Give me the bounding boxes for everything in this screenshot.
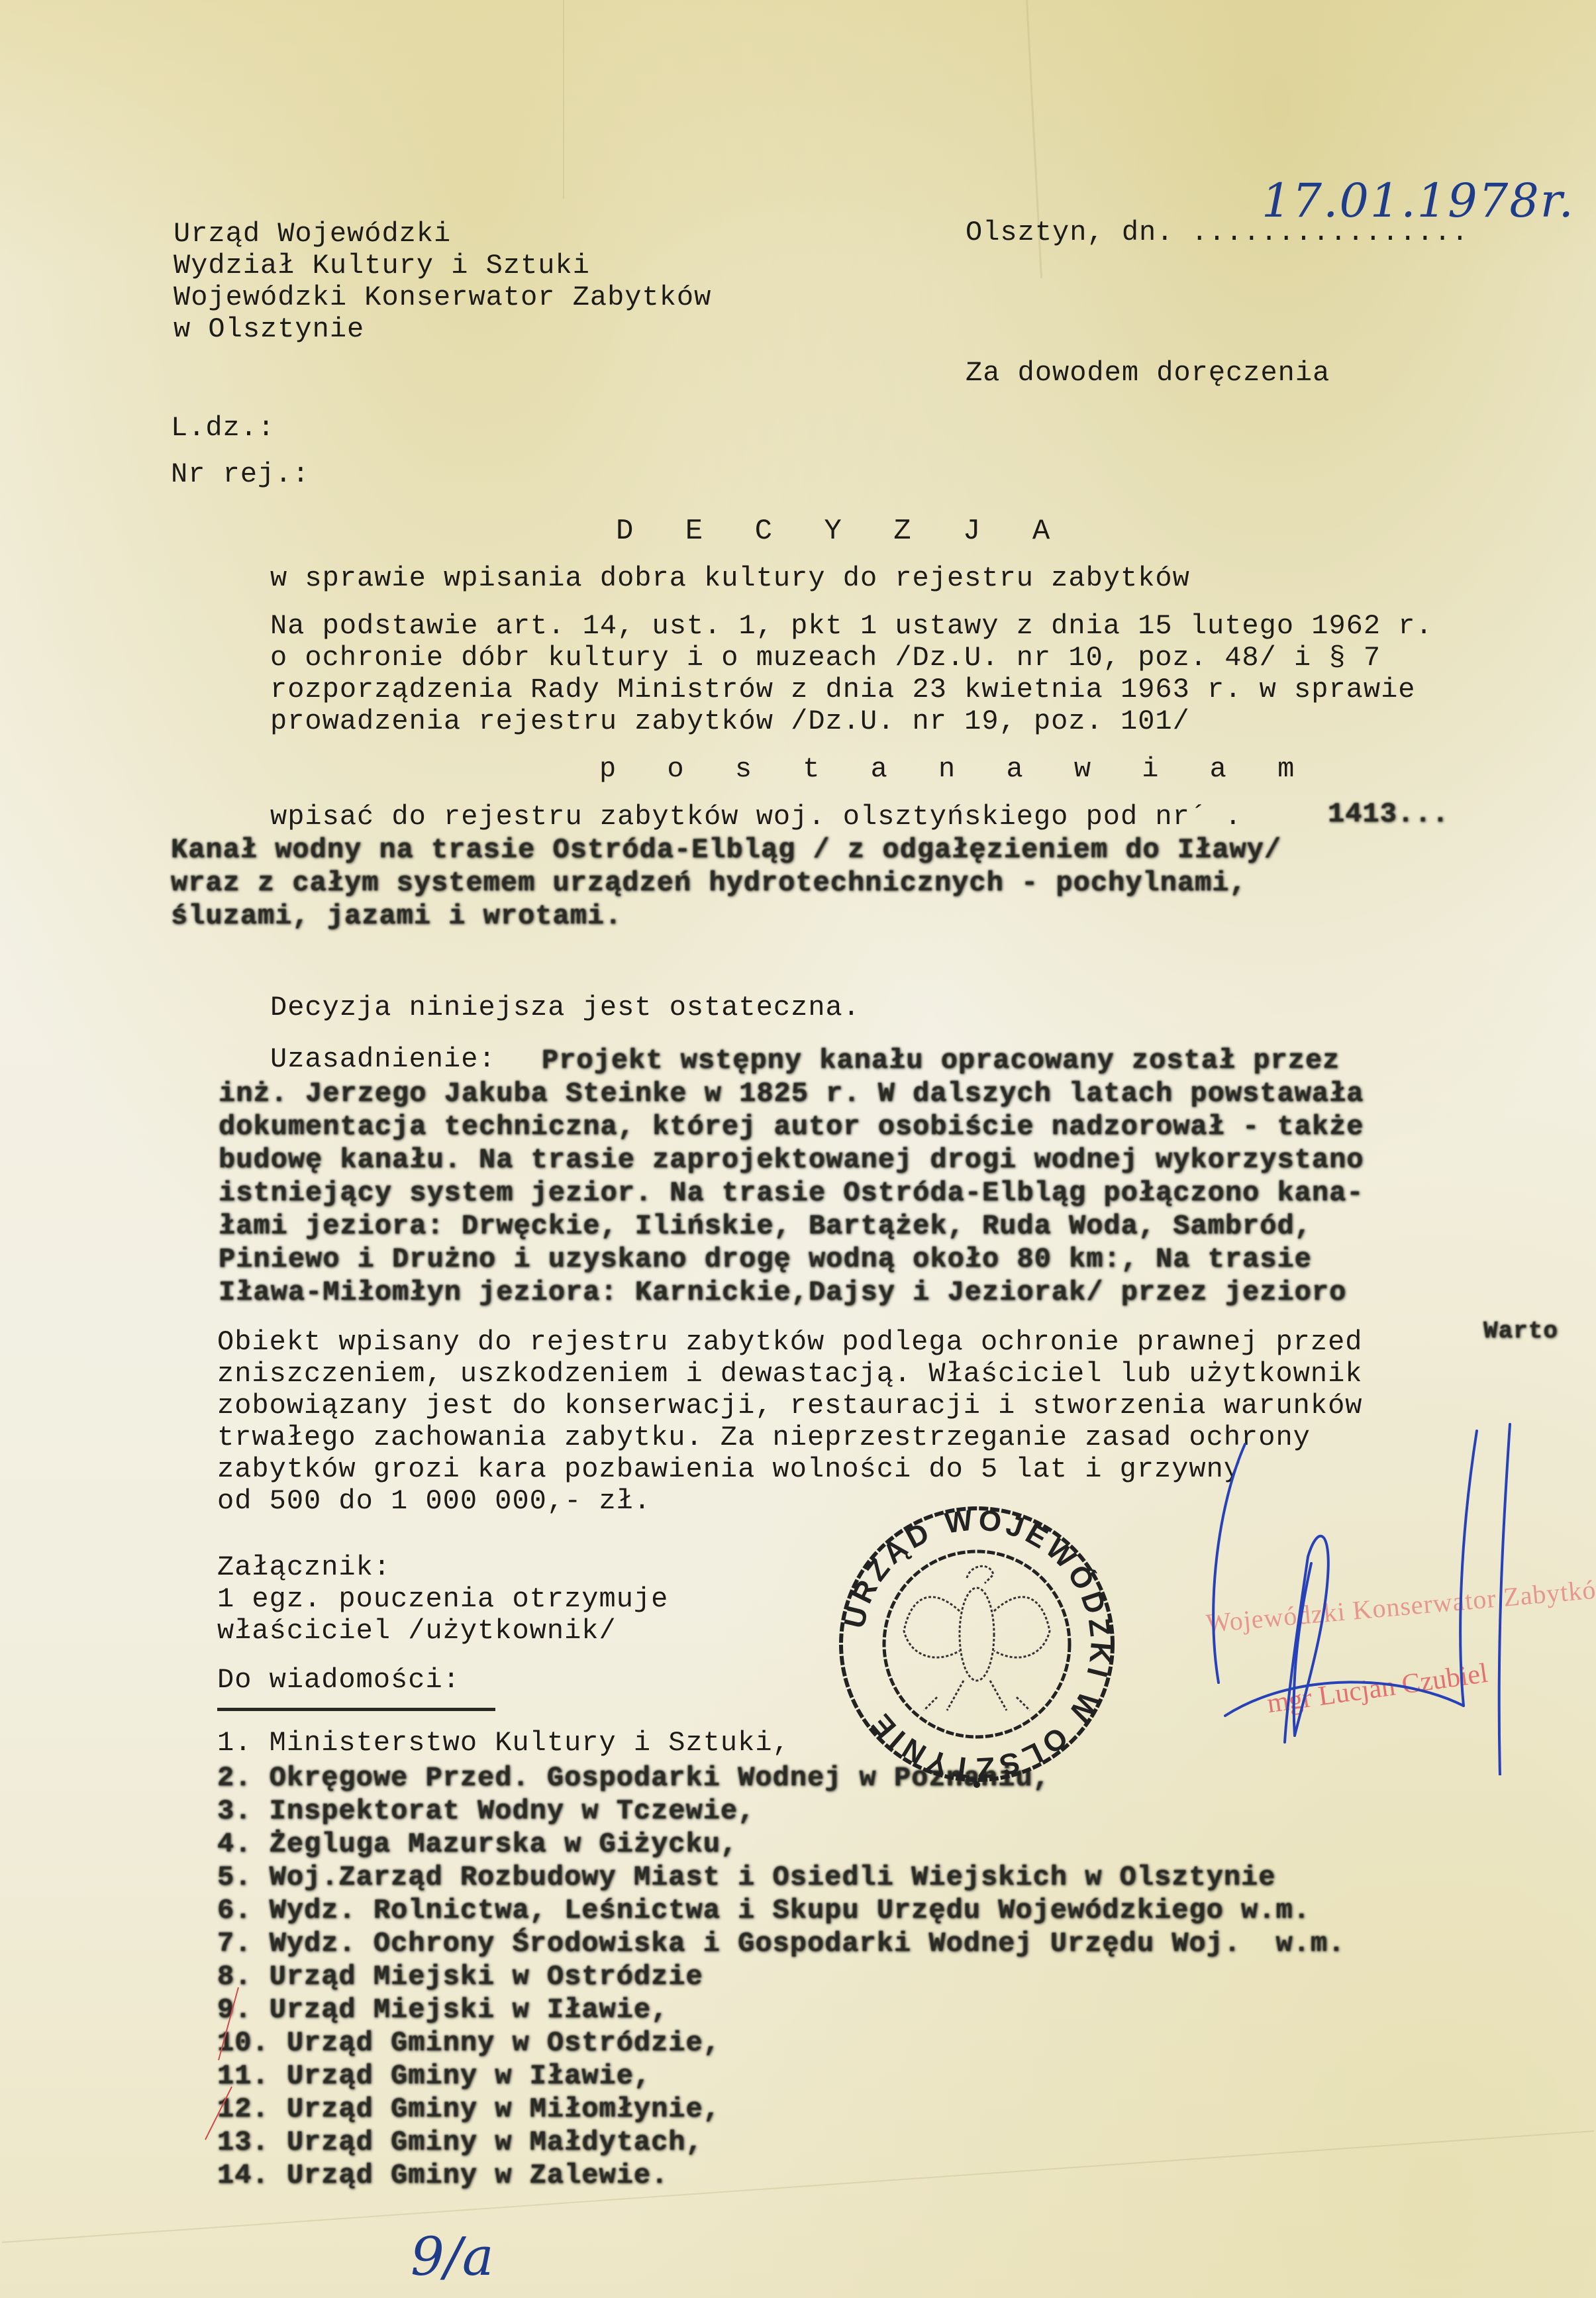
distribution-item: 1. Ministerstwo Kultury i Sztuki, — [217, 1729, 790, 1757]
distribution-item: 8. Urząd Miejski w Ostródzie — [217, 1963, 703, 1991]
distribution-item: 3. Inspektorat Wodny w Tczewie, — [217, 1797, 755, 1825]
justification-line: istniejący system jezior. Na trasie Ostr… — [219, 1179, 1364, 1207]
object-line: wraz z całym systemem urządzeń hydrotech… — [171, 869, 1247, 897]
office-line: Wydział Kultury i Sztuki — [174, 252, 590, 280]
distribution-item: 11. Urząd Gminy w Iławie, — [217, 2062, 651, 2090]
legal-basis-line: prowadzenia rejestru zabytków /Dz.U. nr … — [270, 707, 1190, 735]
distribution-item: 9. Urząd Miejski w Iławie, — [217, 1996, 668, 2024]
office-line: w Olsztynie — [174, 315, 364, 343]
distribution-underline — [217, 1708, 495, 1711]
official-seal: URZĄD WOJEWÓDZKI W OLSZTYNIE — [831, 1498, 1122, 1790]
justification-line: Iława-Miłomłyn jeziora: Karnickie,Dajsy … — [219, 1279, 1346, 1306]
office-line: Wojewódzki Konserwator Zabytków — [174, 284, 711, 311]
eagle-emblem-icon — [904, 1566, 1050, 1710]
decision-word: p o s t a n a w i a m — [599, 755, 1311, 783]
justification-label: Uzasadnienie: — [270, 1045, 496, 1073]
distribution-item: 6. Wydz. Rolnictwa, Leśnictwa i Skupu Ur… — [217, 1897, 1311, 1924]
object-line: Kanał wodny na trasie Ostróda-Elbląg / z… — [171, 836, 1281, 864]
distribution-item: 12. Urząd Gminy w Miłomłynie, — [217, 2095, 721, 2123]
entry-line: wpisać do rejestru zabytków woj. olsztyń… — [270, 803, 1242, 831]
final-statement: Decyzja niniejsza jest ostateczna. — [270, 994, 860, 1021]
distribution-item: 10. Urząd Gminny w Ostródzie, — [217, 2029, 721, 2057]
object-line: śluzami, jazami i wrotami. — [171, 902, 622, 930]
nr-rej-label: Nr rej.: — [171, 460, 310, 488]
distribution-item: 7. Wydz. Ochrony Środowiska i Gospodarki… — [217, 1930, 1345, 1958]
attachment-label: Załącznik: — [217, 1553, 391, 1581]
legal-basis-line: o ochronie dóbr kultury i o muzeach /Dz.… — [270, 644, 1381, 672]
justification-line: Projekt wstępny kanału opracowany został… — [542, 1047, 1340, 1074]
notice-line: zniszczeniem, uszkodzeniem i dewastacją.… — [217, 1360, 1362, 1388]
notice-line: od 500 do 1 000 000,- zł. — [217, 1487, 651, 1515]
justification-overflow: Warto — [1483, 1320, 1558, 1343]
paper-crease — [563, 0, 564, 199]
attachment-line: 1 egz. pouczenia otrzymuje — [217, 1585, 668, 1613]
justification-line: Piniewo i Drużno i uzyskano drogę wodną … — [219, 1245, 1312, 1273]
justification-line: budowę kanału. Na trasie zaprojektowanej… — [219, 1146, 1364, 1174]
document-title: D E C Y Z J A — [616, 517, 1067, 546]
distribution-item: 13. Urząd Gminy w Małdytach, — [217, 2128, 703, 2156]
distribution-label: Do wiadomości: — [217, 1666, 460, 1694]
handwritten-note: 9/a — [411, 2226, 494, 2287]
svg-text:URZĄD WOJEWÓDZKI W OLSZTYNIE: URZĄD WOJEWÓDZKI W OLSZTYNIE — [838, 1504, 1117, 1785]
handwritten-date: 17.01.1978r. — [1262, 174, 1575, 228]
justification-line: łami jeziora: Drwęckie, Ilińskie, Bartąż… — [219, 1212, 1312, 1240]
ldz-label: L.dz.: — [171, 414, 275, 442]
delivery-note: Za dowodem doręczenia — [966, 359, 1330, 387]
distribution-item: 4. Żegluga Mazurska w Giżycku, — [217, 1830, 738, 1858]
register-number: 1413... — [1328, 800, 1449, 828]
office-line: Urząd Wojewódzki — [174, 220, 451, 248]
red-pencil-mark — [199, 1981, 252, 2153]
seal-ring-text: URZĄD WOJEWÓDZKI W OLSZTYNIE — [838, 1504, 1117, 1785]
document-subtitle: w sprawie wpisania dobra kultury do reje… — [270, 564, 1190, 592]
justification-line: dokumentacja techniczna, której autor os… — [219, 1113, 1364, 1141]
legal-basis-line: Na podstawie art. 14, ust. 1, pkt 1 usta… — [270, 612, 1433, 640]
notice-line: Obiekt wpisany do rejestru zabytków podl… — [217, 1328, 1362, 1356]
attachment-line: właściciel /użytkownik/ — [217, 1617, 617, 1645]
legal-basis-line: rozporządzenia Rady Ministrów z dnia 23 … — [270, 676, 1415, 704]
notice-line: trwałego zachowania zabytku. Za nieprzes… — [217, 1424, 1311, 1451]
distribution-item: 14. Urząd Gminy w Zalewie. — [217, 2162, 668, 2189]
distribution-item: 5. Woj.Zarząd Rozbudowy Miast i Osiedli … — [217, 1863, 1275, 1891]
handwritten-signature — [1166, 1404, 1576, 1775]
justification-line: inż. Jerzego Jakuba Steinke w 1825 r. W … — [219, 1080, 1364, 1108]
notice-line: zabytków grozi kara pozbawienia wolności… — [217, 1455, 1241, 1483]
